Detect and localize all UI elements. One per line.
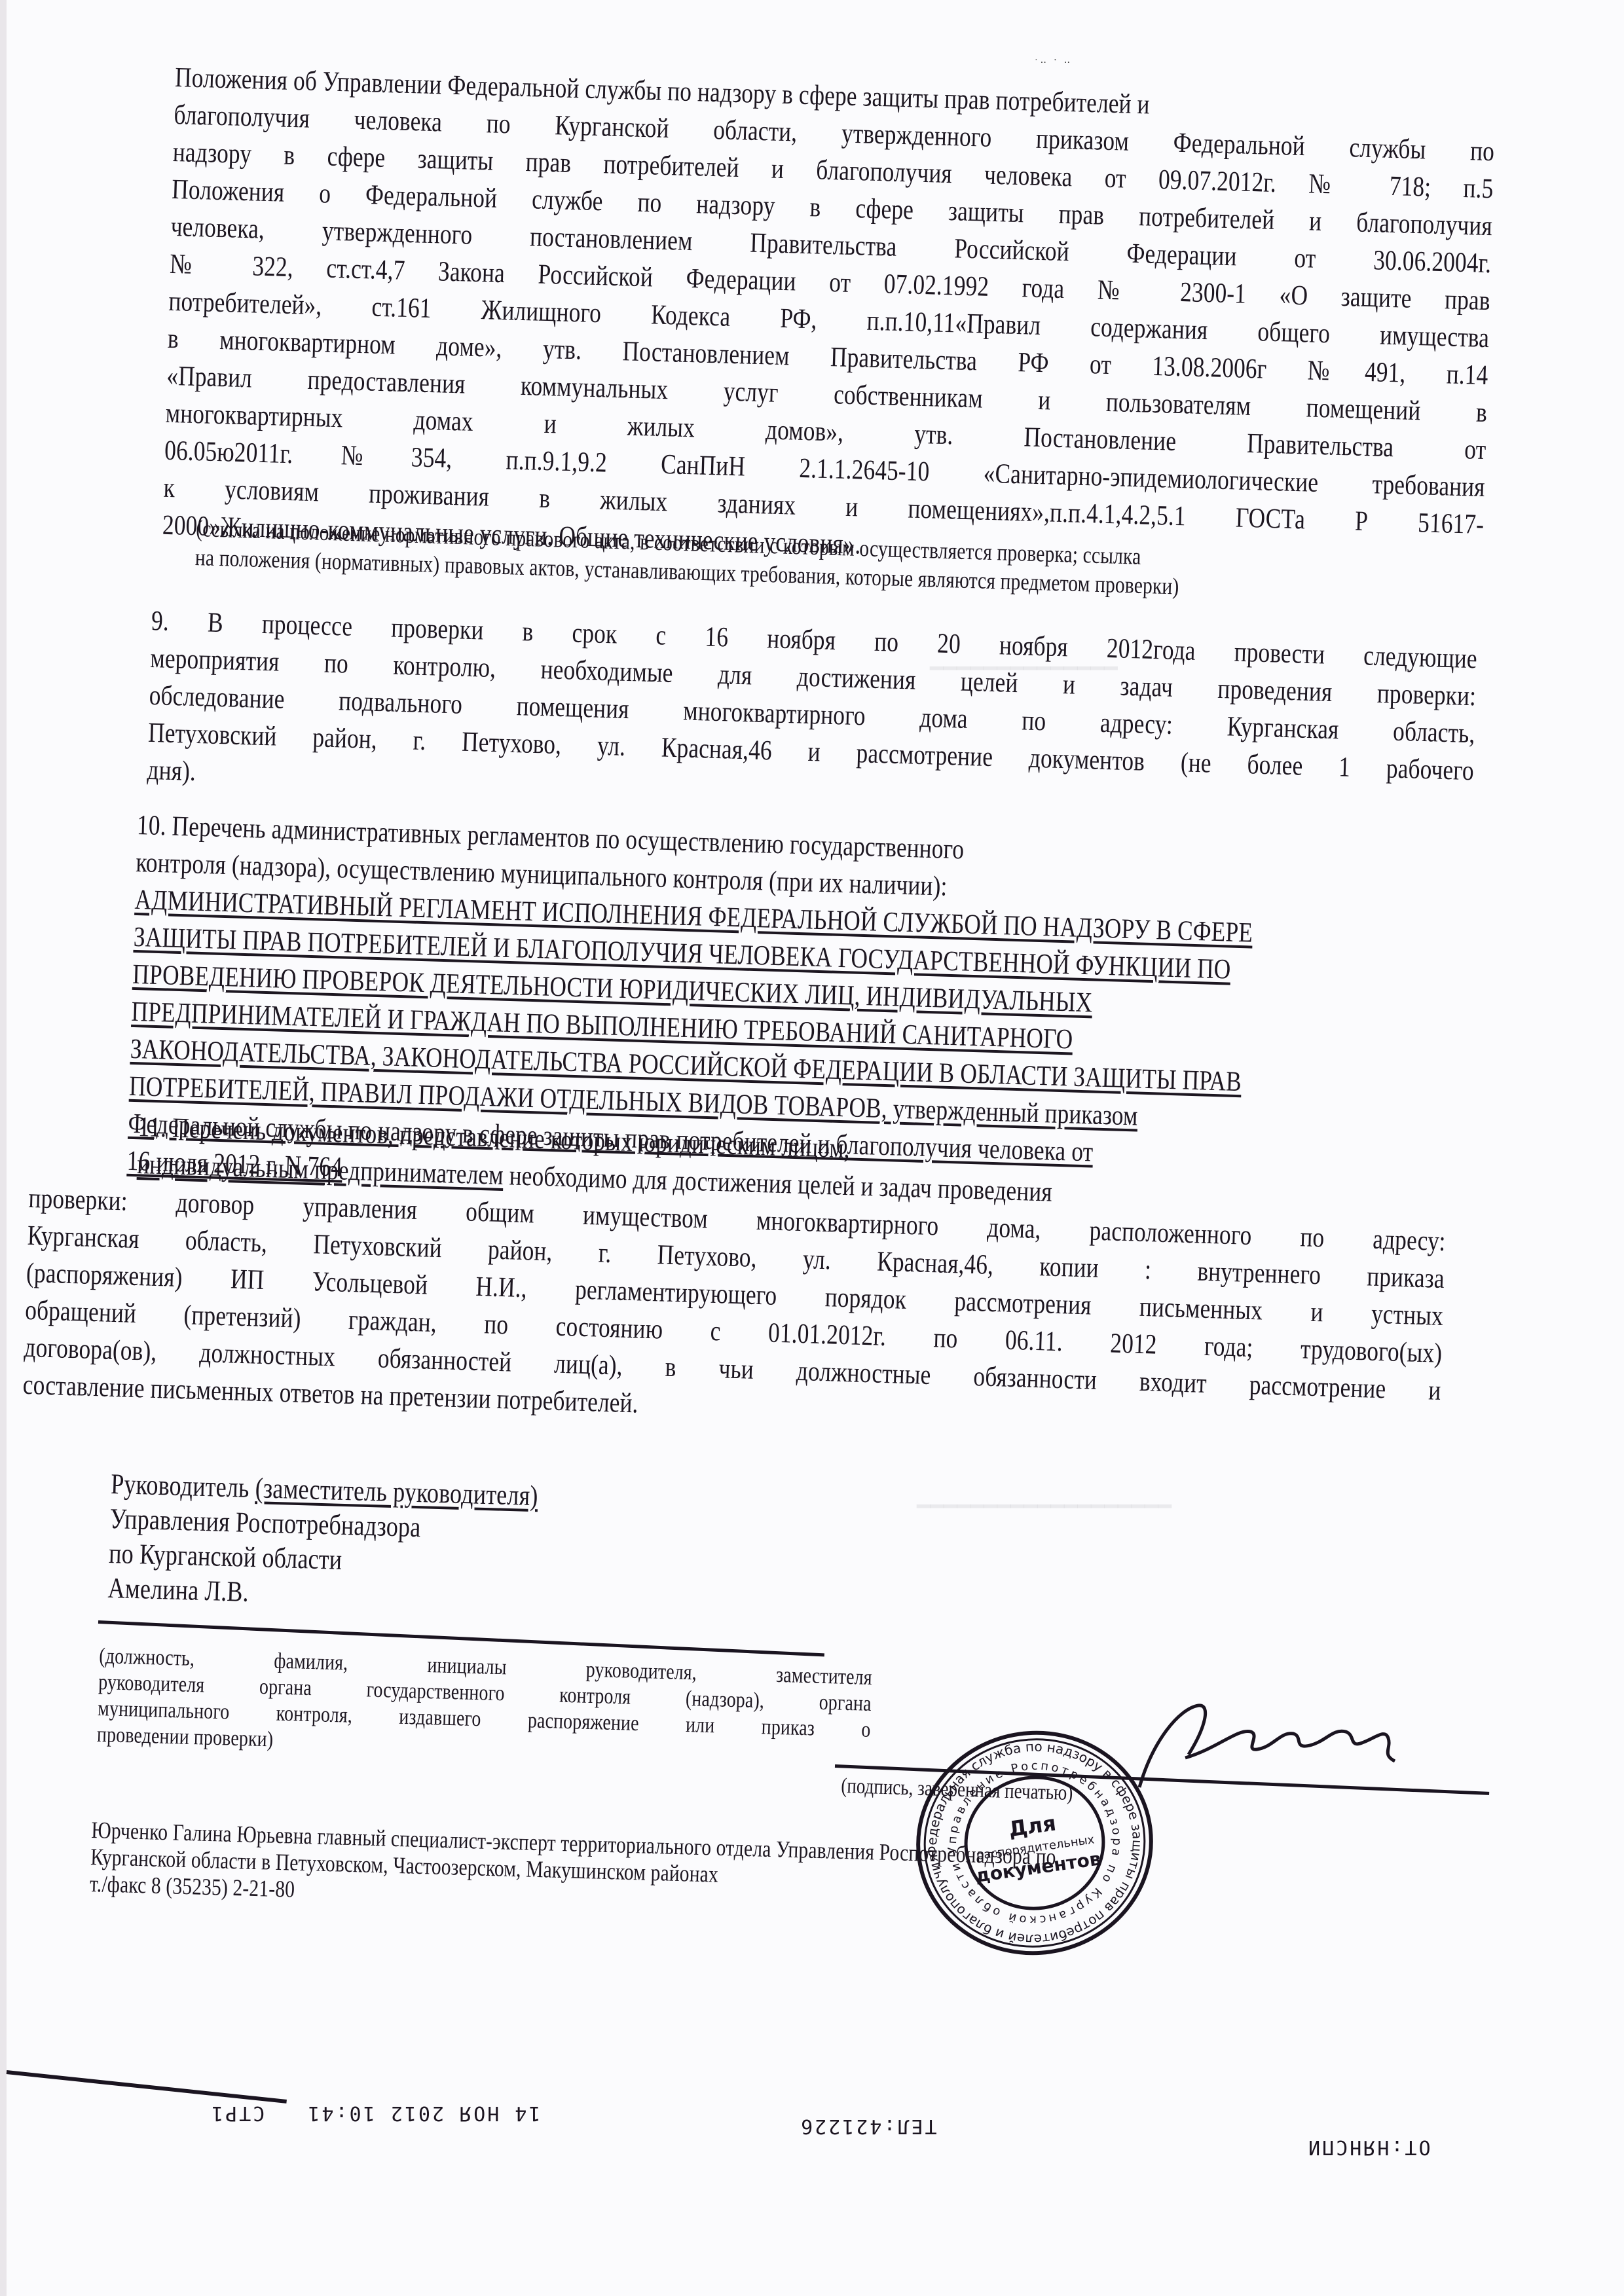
signatory-caption: (должность, фамилия, инициалы руководите… (97, 1643, 885, 1770)
signatory-block: Руководитель (заместитель руководителя) … (107, 1467, 632, 1620)
bleed-through-text: ━━━━━━━━━━━━━━━━━━━ (917, 1493, 1172, 1519)
legal-basis-paragraph: Положения об Управлении Федеральной служ… (162, 59, 1624, 591)
fax-header-tel: ТЕЛ:421226 (799, 2115, 937, 2138)
section-9: 9. В процессе проверки в срок с 16 ноябр… (147, 602, 1624, 837)
scanned-document-page: ·‥ ⸱ ‥ ━━━━━━━━━━━━━━ ━━━━━━━━━━━━━━━━━━… (0, 0, 1624, 2296)
fax-page: СТР1 (210, 2102, 265, 2124)
scan-artifact: ·‥ ⸱ ‥ (1035, 54, 1073, 66)
text-fragment: Руководитель (111, 1468, 256, 1504)
scan-edge (0, 0, 7, 2296)
fax-header-datetime: 14 НОЯ 2012 10:41 СТР1 (210, 2102, 540, 2124)
handwritten-signature (1126, 1702, 1401, 1794)
fax-header-from: ОТ:НЯНСПИ (1306, 2136, 1431, 2159)
stamp-center-text: Для (1007, 1810, 1058, 1842)
section-11: 11. Перечень документов, представление к… (22, 1105, 1624, 1457)
scan-stroke (7, 2070, 287, 2104)
fax-datetime: 14 НОЯ 2012 10:41 (306, 2102, 540, 2124)
